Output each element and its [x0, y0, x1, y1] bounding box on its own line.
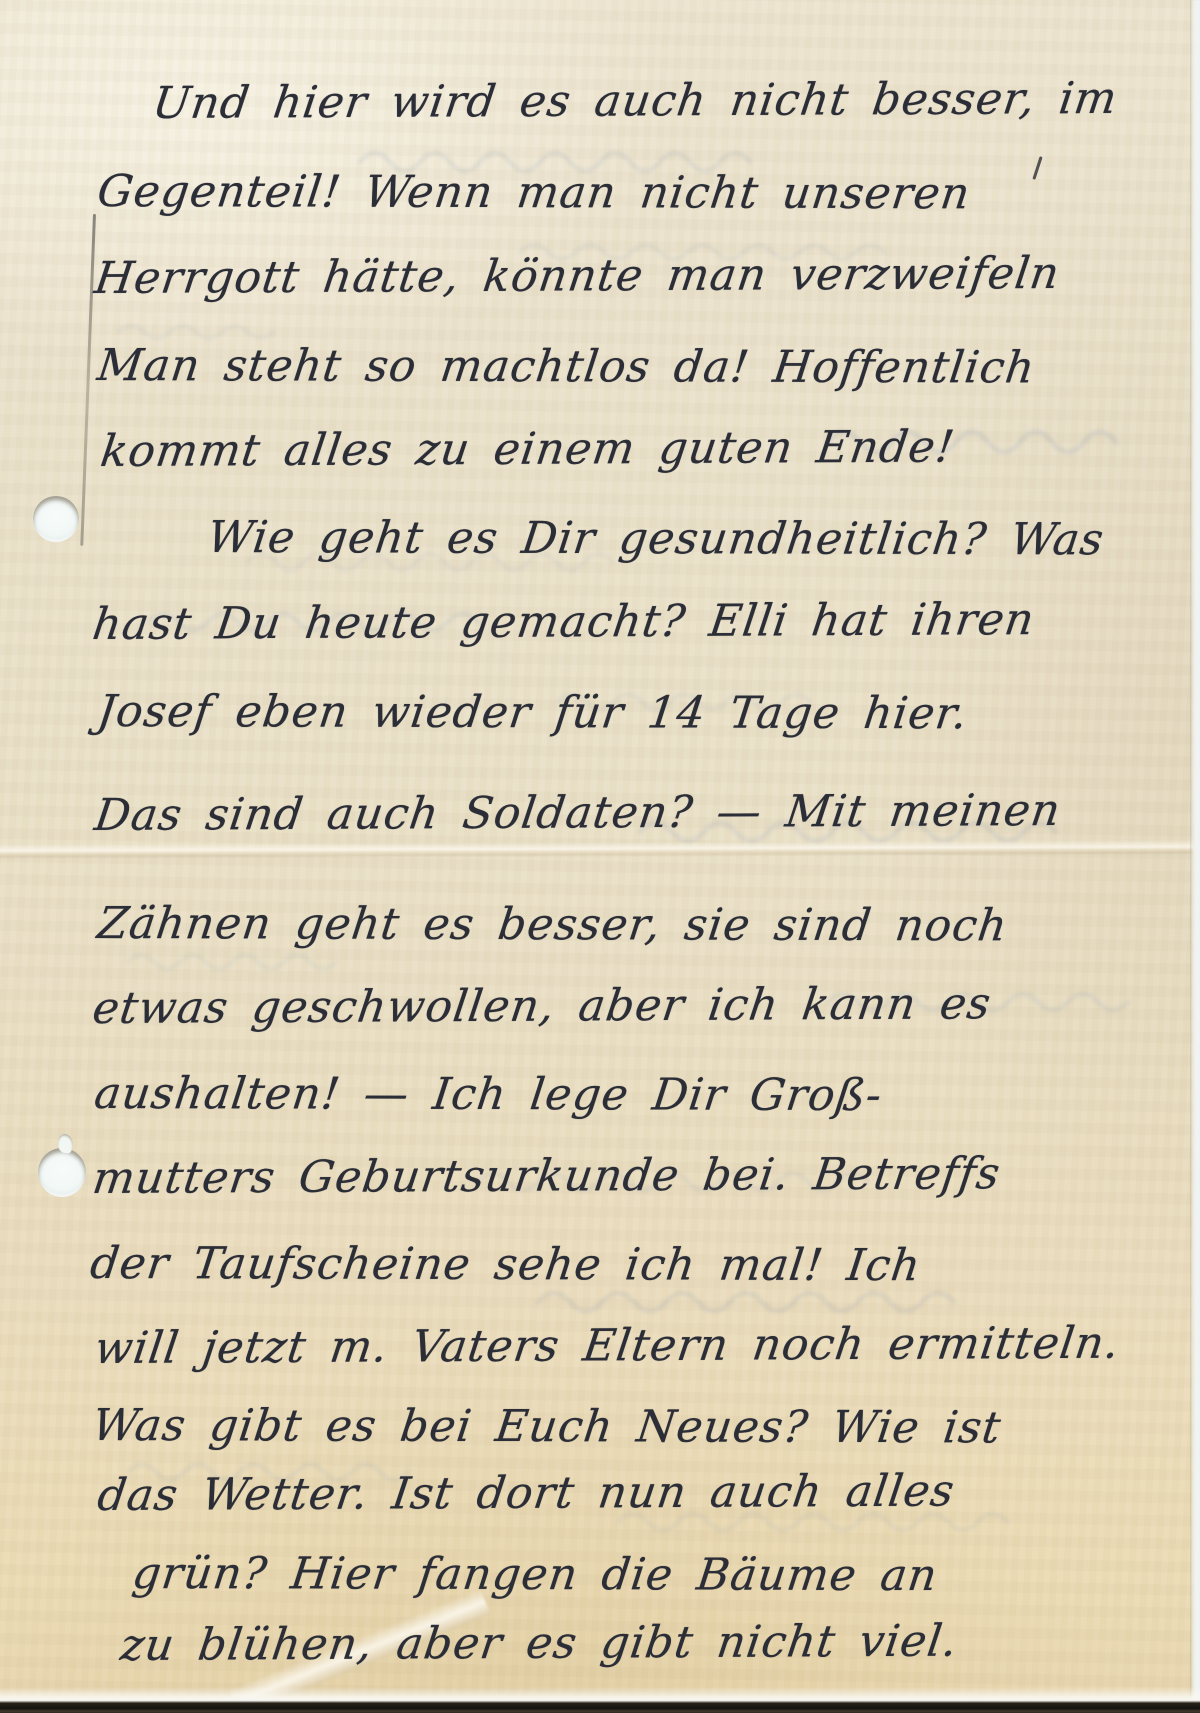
handwritten-line-13: mutters Geburtsurkunde bei. Betreffs	[90, 1152, 1003, 1201]
handwritten-line-7: hast Du heute gemacht? Elli hat ihren	[90, 598, 1037, 647]
handwritten-line-19: zu blühen, aber es gibt nicht viel.	[118, 1620, 961, 1668]
handwritten-line-6: Wie geht es Dir gesundheitlich? Was	[205, 516, 1107, 562]
handwritten-line-8: Josef eben wieder für 14 Tage hier.	[95, 690, 970, 736]
scan-edge-bottom	[0, 1687, 1200, 1713]
handwritten-line-12: aushalten! — Ich lege Dir Groß-	[92, 1072, 885, 1118]
scan-edge-right	[1190, 0, 1200, 1713]
handwritten-line-5: kommt alles zu einem guten Ende!	[98, 426, 957, 474]
handwritten-line-4: Man steht so machtlos da! Hoffentlich	[95, 344, 1038, 390]
handwritten-line-14: der Taufscheine sehe ich mal! Ich	[88, 1242, 923, 1288]
punch-hole-bottom	[38, 1148, 86, 1197]
letter-page: Und hier wird es auch nicht besser, im G…	[0, 0, 1200, 1713]
handwritten-line-18: grün? Hier fangen die Bäume an	[130, 1552, 940, 1598]
punch-hole-top	[33, 496, 79, 542]
handwritten-line-1: Und hier wird es auch nicht besser, im	[150, 77, 1120, 126]
handwritten-line-15: will jetzt m. Vaters Eltern noch ermitte…	[92, 1322, 1122, 1371]
handwritten-line-16: Was gibt es bei Euch Neues? Wie ist	[90, 1404, 1004, 1450]
handwritten-line-10: Zähnen geht es besser, sie sind noch	[95, 902, 1010, 948]
handwritten-line-17: das Wetter. Ist dort nun auch alles	[95, 1470, 957, 1518]
handwritten-line-3: Herrgott hätte, könnte man verzweifeln	[92, 252, 1063, 301]
handwritten-line-2: Gegenteil! Wenn man nicht unseren	[95, 170, 973, 216]
handwritten-line-11: etwas geschwollen, aber ich kann es	[90, 982, 994, 1031]
handwritten-line-9: Das sind auch Soldaten? — Mit meinen	[92, 789, 1063, 838]
